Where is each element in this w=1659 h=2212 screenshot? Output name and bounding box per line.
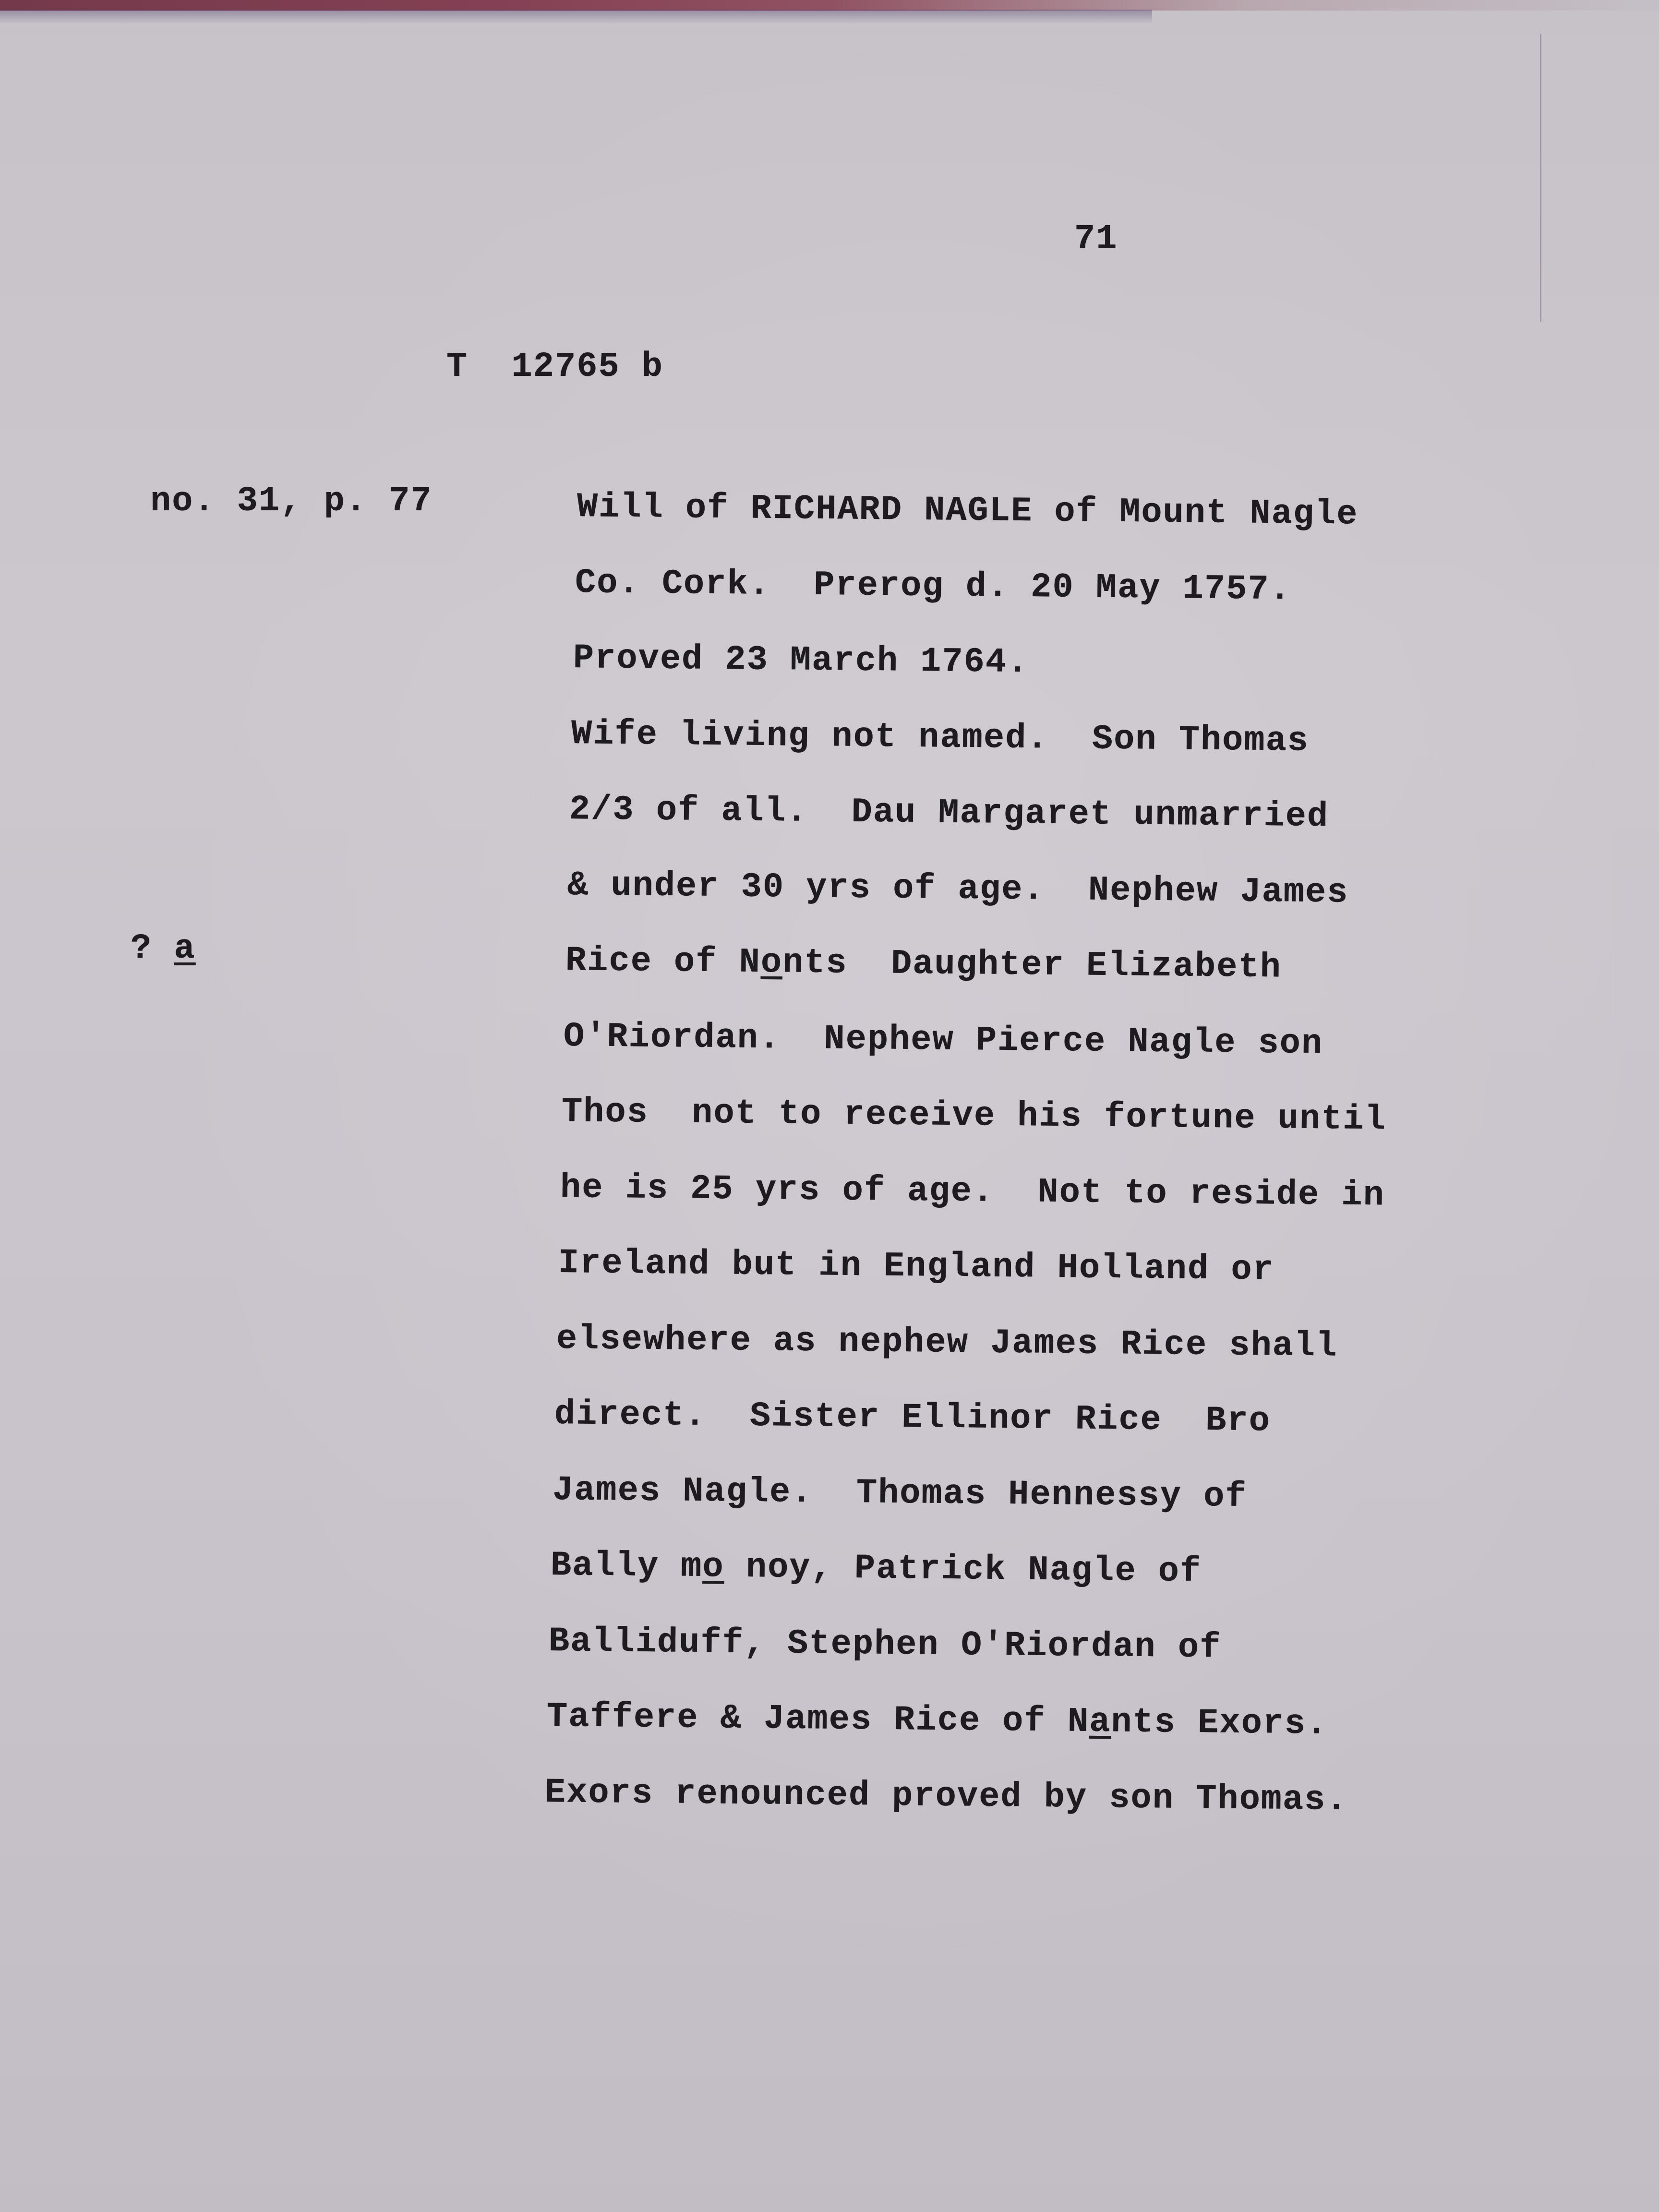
text-segment: Wife living not named. Son Thomas bbox=[571, 714, 1310, 761]
body-line: Taffere & James Rice of Nants Exors. bbox=[547, 1699, 1328, 1742]
reference-id: T 12765 b bbox=[446, 349, 663, 384]
body-line: Exors renounced proved by son Thomas. bbox=[545, 1775, 1348, 1817]
source-reference: no. 31, p. 77 bbox=[150, 484, 433, 518]
body-line: Balliduff, Stephen O'Riordan of bbox=[549, 1624, 1222, 1665]
underlined-letter: o bbox=[702, 1547, 724, 1587]
text-segment: he is 25 yrs of age. Not to reside in bbox=[560, 1168, 1385, 1215]
body-line: elsewhere as nephew James Rice shall bbox=[556, 1322, 1337, 1364]
body-line: Proved 23 March 1764. bbox=[573, 641, 1029, 680]
body-line: O'Riordan. Nephew Pierce Nagle son bbox=[564, 1019, 1323, 1061]
body-line: & under 30 yrs of age. Nephew James bbox=[567, 868, 1349, 910]
body-line: he is 25 yrs of age. Not to reside in bbox=[560, 1170, 1384, 1213]
text-segment: Rice of N bbox=[565, 941, 761, 982]
text-segment: Co. Cork. Prerog d. 20 May 1757. bbox=[575, 563, 1292, 609]
margin-note-prefix: ? bbox=[131, 929, 174, 968]
body-line: Rice of Nonts Daughter Elizabeth bbox=[565, 943, 1282, 985]
body-line: Ireland but in England Holland or bbox=[558, 1246, 1274, 1287]
text-segment: direct. Sister Ellinor Rice Bro bbox=[554, 1395, 1271, 1441]
underlined-letter: a bbox=[1089, 1702, 1111, 1742]
text-segment: Will of RICHARD NAGLE of Mount Nagle bbox=[577, 487, 1358, 534]
text-segment: noy, Patrick Nagle of bbox=[724, 1547, 1202, 1591]
text-segment: James Nagle. Thomas Hennessy of bbox=[552, 1470, 1247, 1516]
text-segment: 2/3 of all. Dau Margaret unmarried bbox=[569, 790, 1329, 836]
text-segment: Taffere & James Rice of N bbox=[547, 1697, 1090, 1742]
text-segment: Thos not to receive his fortune until bbox=[562, 1092, 1387, 1139]
body-line: Will of RICHARD NAGLE of Mount Nagle bbox=[577, 490, 1358, 532]
margin-rule-line bbox=[1540, 34, 1541, 322]
text-segment: & under 30 yrs of age. Nephew James bbox=[567, 866, 1349, 913]
body-line: 2/3 of all. Dau Margaret unmarried bbox=[569, 792, 1329, 834]
text-segment: Proved 23 March 1764. bbox=[573, 638, 1029, 682]
text-segment: Ireland but in England Holland or bbox=[558, 1243, 1274, 1289]
text-segment: nts Daughter Elizabeth bbox=[782, 943, 1282, 987]
underlined-letter: o bbox=[761, 943, 783, 982]
body-line: Bally mo noy, Patrick Nagle of bbox=[550, 1548, 1202, 1589]
page-top-shadow bbox=[0, 10, 1152, 24]
body-line: James Nagle. Thomas Hennessy of bbox=[552, 1473, 1247, 1514]
margin-note-underlined: a bbox=[174, 929, 195, 968]
text-segment: Exors renounced proved by son Thomas. bbox=[545, 1773, 1348, 1820]
text-segment: O'Riordan. Nephew Pierce Nagle son bbox=[564, 1017, 1323, 1063]
body-line: Wife living not named. Son Thomas bbox=[571, 717, 1310, 758]
text-segment: Bally m bbox=[550, 1546, 702, 1587]
margin-note: ? a bbox=[131, 931, 196, 966]
page-number: 71 bbox=[1074, 222, 1118, 256]
text-segment: elsewhere as nephew James Rice shall bbox=[556, 1319, 1337, 1366]
text-segment: Balliduff, Stephen O'Riordan of bbox=[548, 1622, 1221, 1667]
page-top-edge bbox=[0, 0, 1659, 11]
body-line: Co. Cork. Prerog d. 20 May 1757. bbox=[575, 565, 1291, 607]
text-segment: nts Exors. bbox=[1111, 1702, 1328, 1743]
body-line: Thos not to receive his fortune until bbox=[562, 1094, 1386, 1137]
body-line: direct. Sister Ellinor Rice Bro bbox=[554, 1397, 1270, 1438]
